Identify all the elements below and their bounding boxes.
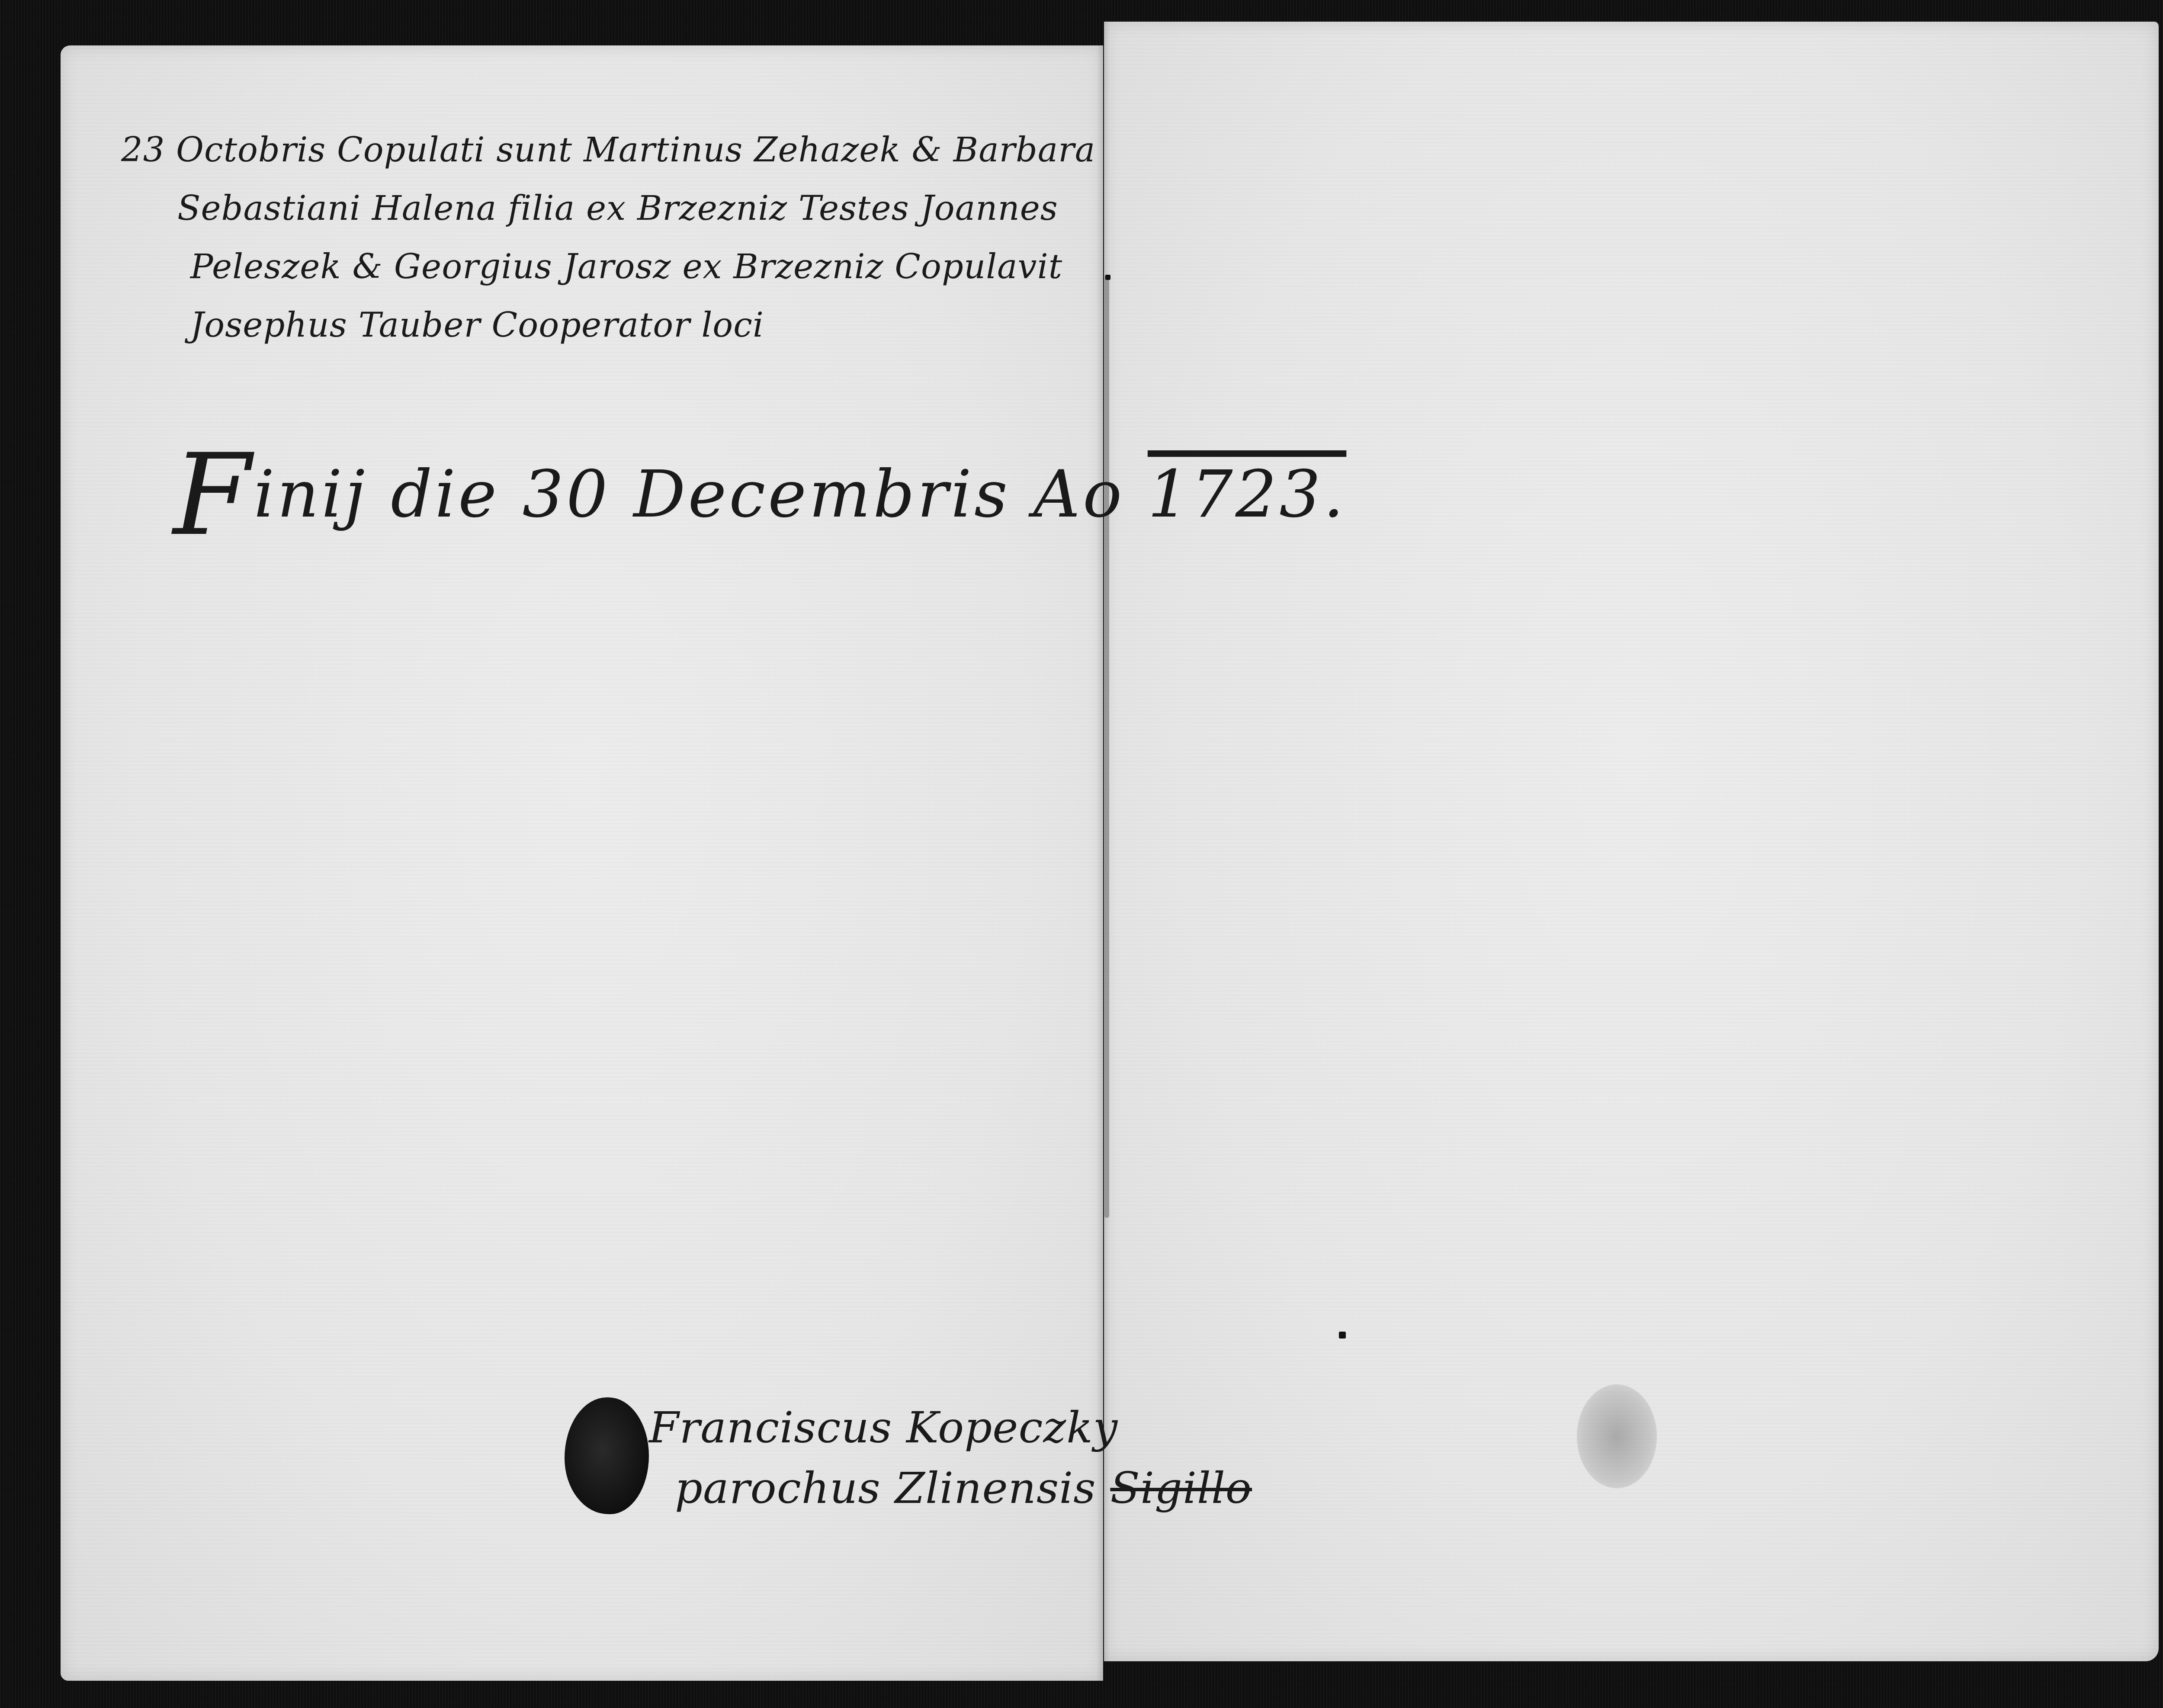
signature-title-text: parochus Zlinensis xyxy=(675,1463,1096,1513)
signature-title: parochus Zlinensis Sigillo xyxy=(649,1458,1252,1519)
binding-hole xyxy=(1105,275,1110,280)
entry-line: Sebastiani Halena filia ex Brzezniz Test… xyxy=(121,180,1095,238)
marriage-entry: 23 Octobris Copulati sunt Martinus Zehaz… xyxy=(121,121,1095,355)
struck-text: Sigillo xyxy=(1110,1463,1252,1513)
entry-line: 23 Octobris Copulati sunt Martinus Zehaz… xyxy=(121,121,1095,180)
ink-dot xyxy=(1339,1332,1346,1339)
heading-initial: F xyxy=(173,454,254,536)
wax-seal xyxy=(565,1397,649,1514)
signature-name: Franciscus Kopeczky xyxy=(649,1397,1252,1458)
heading-text: inij die 30 Decembris xyxy=(254,457,1010,532)
heading-year-prefix: Ao xyxy=(1033,457,1125,532)
closing-heading: Finij die 30 Decembris Ao 1723. xyxy=(173,437,1346,536)
entry-line: Josephus Tauber Cooperator loci xyxy=(121,296,1095,355)
binding-thread xyxy=(1104,275,1109,1218)
entry-line: Peleszek & Georgius Jarosz ex Brzezniz C… xyxy=(121,238,1095,296)
seal-impression-ghost xyxy=(1577,1384,1657,1488)
heading-year: 1723. xyxy=(1148,457,1346,532)
parish-priest-signature: Franciscus Kopeczky parochus Zlinensis S… xyxy=(649,1397,1252,1519)
